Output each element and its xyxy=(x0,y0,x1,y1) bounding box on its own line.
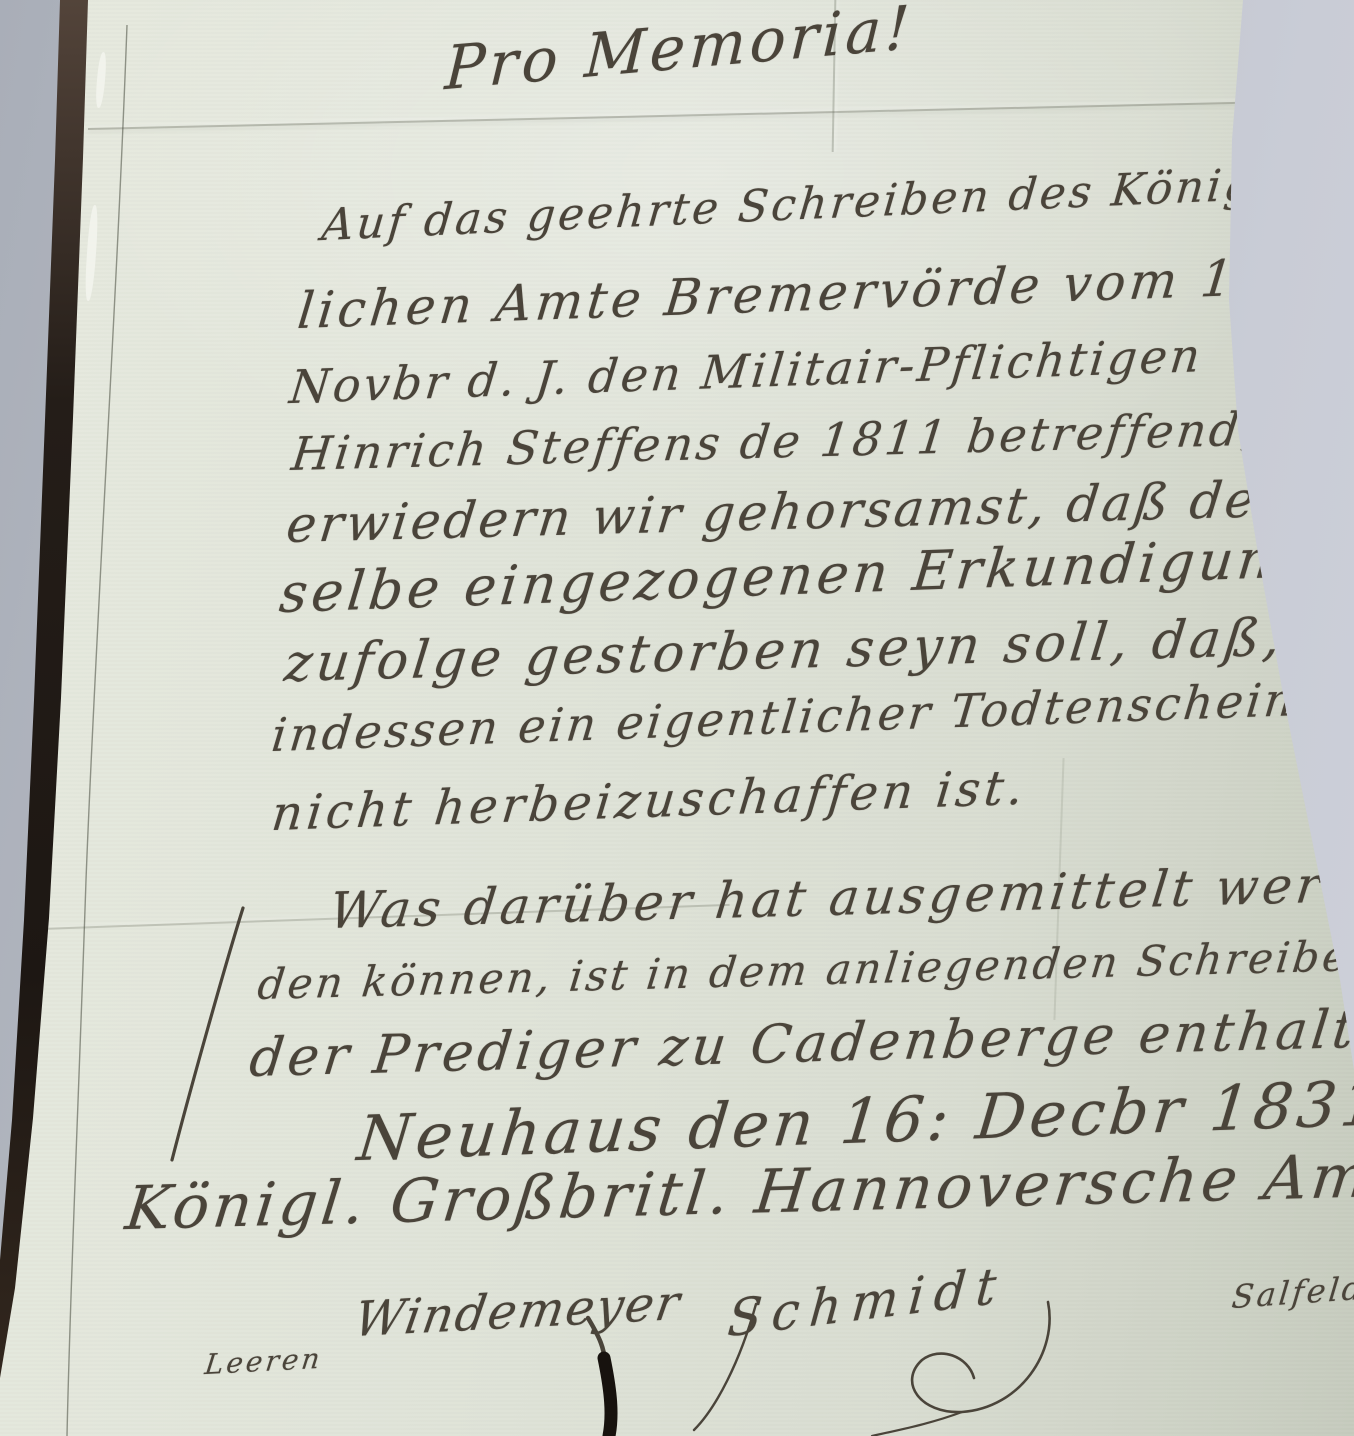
signature-second: Schmidt xyxy=(725,1255,1008,1348)
signature-third: Salfeld xyxy=(1230,1268,1354,1316)
body-line-4: Hinrich Steffens de 1811 betreffend, xyxy=(289,402,1263,482)
body-line-2: lichen Amte Bremervörde vom 12: xyxy=(295,247,1296,340)
paper-sheet: Pro Memoria! Auf das geehrte Schreiben d… xyxy=(0,0,1354,1436)
deckle-edge-highlight xyxy=(84,205,100,301)
deckle-edge-highlight xyxy=(95,52,108,108)
signature-clerk: Leeren xyxy=(203,1342,325,1381)
signature-flourish-tail xyxy=(872,1412,962,1436)
body-line-11: den können, ist in dem anliegenden Schre… xyxy=(255,931,1354,1010)
letter-title: Pro Memoria! xyxy=(443,0,915,104)
signature-first: Windemeyer xyxy=(351,1275,686,1349)
body-line-10: Was darüber hat ausgemittelt wer- xyxy=(327,855,1349,940)
body-line-3: Novbr d. J. den Militair-Pflichtigen xyxy=(287,328,1206,414)
photograph-of-letter: Pro Memoria! Auf das geehrte Schreiben d… xyxy=(0,0,1354,1436)
margin-slash-mark xyxy=(172,908,243,1160)
fold-crease-horizontal-top xyxy=(88,102,1238,130)
body-line-1: Auf das geehrte Schreiben des König- xyxy=(320,158,1276,251)
body-line-9: nicht herbeizuschaffen ist. xyxy=(269,760,1030,843)
ink-blot xyxy=(604,1358,611,1436)
